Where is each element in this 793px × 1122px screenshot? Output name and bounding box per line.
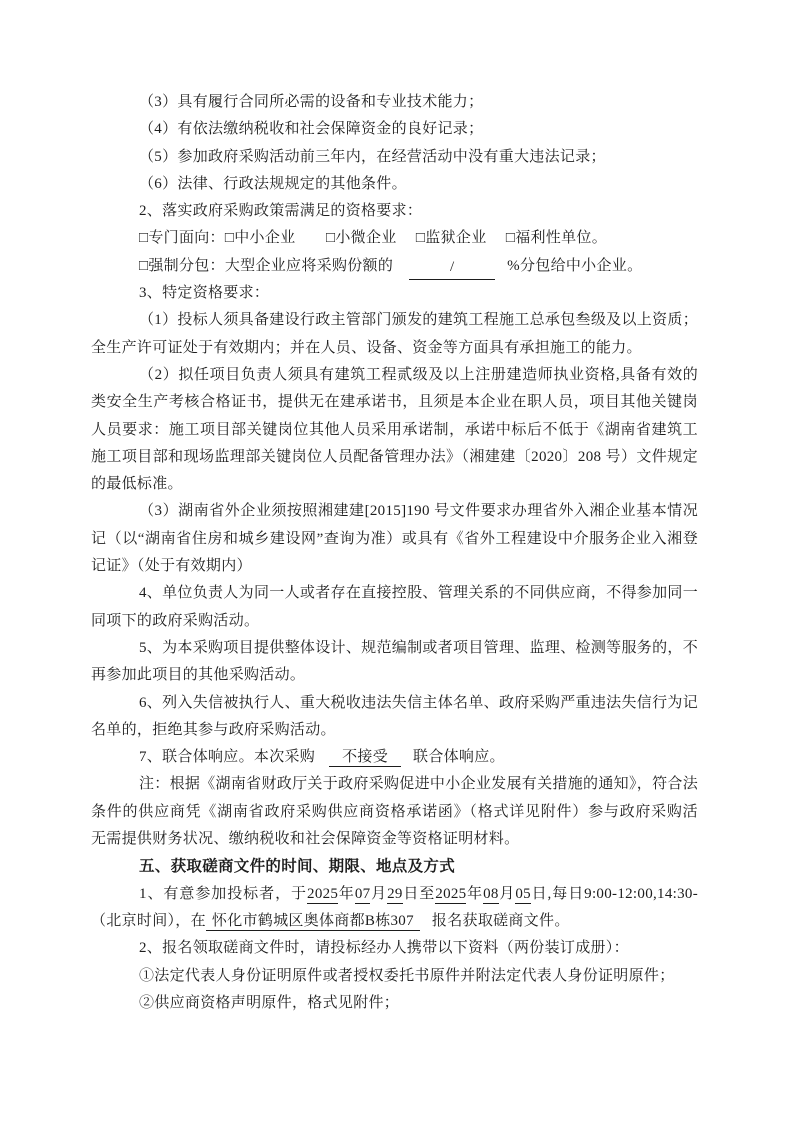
text-line: 5、为本采购项目提供整体设计、规范编制或者项目管理、监理、检测等服务的，不得 xyxy=(91,635,698,662)
document-body: （3）具有履行合同所必需的设备和专业技术能力；（4）有依法缴纳税收和社会保障资金… xyxy=(91,89,698,1017)
underlined-text: 怀化市鹤城区奥体商都B栋307 xyxy=(206,913,420,931)
text-run: （5）参加政府采购活动前三年内，在经营活动中没有重大违法记录； xyxy=(139,149,606,165)
text-line: 6、列入失信被执行人、重大税收违法失信主体名单、政府采购严重违法失信行为记录 xyxy=(91,690,698,717)
text-line: 再参加此项目的其他采购活动。 xyxy=(91,662,698,689)
text-run: □强制分包：大型企业应将采购份额的 xyxy=(139,258,393,274)
text-run: 联合体响应。 xyxy=(413,749,505,765)
text-line: （5）参加政府采购活动前三年内，在经营活动中没有重大违法记录； xyxy=(91,144,698,171)
text-run: （6）法律、行政法规规定的其他条件。 xyxy=(139,176,407,192)
text-line: （4）有依法缴纳税收和社会保障资金的良好记录； xyxy=(91,116,698,143)
text-run: □专门面向：□中小企业 □小微企业 □监狱企业 □福利性单位。 xyxy=(139,230,607,246)
text-run: 7、联合体响应。本次采购 xyxy=(139,749,315,765)
text-run: 1、有意参加投标者，于 xyxy=(139,886,307,902)
text-line: 全生产许可证处于有效期内；并在人员、设备、资金等方面具有承担施工的能力。 xyxy=(91,335,698,362)
text-line: 4、单位负责人为同一人或者存在直接控股、管理关系的不同供应商，不得参加同一合 xyxy=(91,580,698,607)
text-run: 的最低标准。 xyxy=(91,476,183,492)
underlined-text: 08 xyxy=(483,886,499,904)
text-run: 2、落实政府采购政策需满足的资格要求： xyxy=(139,203,422,219)
text-run: （1）投标人须具备建设行政主管部门颁发的建筑工程施工总承包叁级及以上资质；安 xyxy=(139,312,698,334)
text-line: 2、报名领取磋商文件时，请投标经办人携带以下资料（两份装订成册）： xyxy=(91,935,698,962)
text-run: 报名获取磋商文件。 xyxy=(432,913,570,929)
text-run: 无需提供财务状况、缴纳税收和社会保障资金等资格证明材料。 xyxy=(91,831,519,847)
text-line: （1）投标人须具备建设行政主管部门颁发的建筑工程施工总承包叁级及以上资质；安 xyxy=(91,307,698,334)
text-run: 6、列入失信被执行人、重大税收违法失信主体名单、政府采购严重违法失信行为记录 xyxy=(139,695,698,717)
text-run: 月 xyxy=(370,886,387,902)
underlined-text: 2025 xyxy=(307,886,338,904)
underlined-text: 05 xyxy=(515,886,531,904)
text-line: 的最低标准。 xyxy=(91,471,698,498)
text-line: 1、有意参加投标者，于2025年07月29日至2025年08月05日,每日9:0… xyxy=(91,881,698,908)
text-run: 同项下的政府采购活动。 xyxy=(91,613,259,629)
text-run: 全生产许可证处于有效期内；并在人员、设备、资金等方面具有承担施工的能力。 xyxy=(91,340,642,356)
underlined-text: 不接受 xyxy=(329,749,401,767)
underlined-text: 29 xyxy=(387,886,403,904)
text-line: □专门面向：□中小企业 □小微企业 □监狱企业 □福利性单位。 xyxy=(91,225,698,252)
section-heading: 五、获取磋商文件的时间、期限、地点及方式 xyxy=(91,853,698,880)
text-line: （3）湖南省外企业须按照湘建建[2015]190 号文件要求办理省外入湘企业基本… xyxy=(91,498,698,525)
text-run: 年 xyxy=(338,886,355,902)
text-run: %分包给中小企业。 xyxy=(507,258,642,274)
text-run: ①法定代表人身份证明原件或者授权委托书原件并附法定代表人身份证明原件； xyxy=(139,968,675,984)
text-run: 注：根据《湖南省财政厅关于政府采购促进中小企业发展有关措施的通知》，符合法定 xyxy=(139,776,698,798)
text-line: （2）拟任项目负责人须具有建筑工程贰级及以上注册建造师执业资格,具备有效的 B xyxy=(91,362,698,389)
text-run: 记（以“湖南省住房和城乡建设网”查询为准）或具有《省外工程建设中介服务企业入湘登 xyxy=(91,531,698,547)
text-line: （3）具有履行合同所必需的设备和专业技术能力； xyxy=(91,89,698,116)
text-run: 施工项目部和现场监理部关键岗位人员配备管理办法》（湘建建〔2020〕208 号）… xyxy=(91,449,698,465)
text-line: 名单的，拒绝其参与政府采购活动。 xyxy=(91,717,698,744)
text-line: 记证》（处于有效期内） xyxy=(91,553,698,580)
text-run: 类安全生产考核合格证书，提供无在建承诺书，且须是本企业在职人员，项目其他关键岗位 xyxy=(91,394,698,416)
text-run: ②供应商资格声明原件，格式见附件； xyxy=(139,995,399,1011)
text-line: 施工项目部和现场监理部关键岗位人员配备管理办法》（湘建建〔2020〕208 号）… xyxy=(91,444,698,471)
text-line: 条件的供应商凭《湖南省政府采购供应商资格承诺函》（格式详见附件）参与政府采购活动… xyxy=(91,799,698,826)
text-run: 再参加此项目的其他采购活动。 xyxy=(91,667,305,683)
text-run: （北京时间），在 xyxy=(91,913,206,929)
text-run: （3）具有履行合同所必需的设备和专业技术能力； xyxy=(139,94,483,110)
text-line: （北京时间），在怀化市鹤城区奥体商都B栋307报名获取磋商文件。 xyxy=(91,908,698,935)
text-run: （2）拟任项目负责人须具有建筑工程贰级及以上注册建造师执业资格,具备有效的 B xyxy=(139,367,698,389)
document-page: （3）具有履行合同所必需的设备和专业技术能力；（4）有依法缴纳税收和社会保障资金… xyxy=(0,0,793,1122)
text-line: 3、特定资格要求： xyxy=(91,280,698,307)
text-run: 名单的，拒绝其参与政府采购活动。 xyxy=(91,722,336,738)
text-line: 7、联合体响应。本次采购不接受联合体响应。 xyxy=(91,744,698,771)
text-run: 记证》（处于有效期内） xyxy=(91,558,252,574)
text-run: 日至 xyxy=(403,886,436,902)
text-run: 条件的供应商凭《湖南省政府采购供应商资格承诺函》（格式详见附件）参与政府采购活动… xyxy=(91,804,698,826)
text-line: 无需提供财务状况、缴纳税收和社会保障资金等资格证明材料。 xyxy=(91,826,698,853)
text-line: ①法定代表人身份证明原件或者授权委托书原件并附法定代表人身份证明原件； xyxy=(91,963,698,990)
text-line: 2、落实政府采购政策需满足的资格要求： xyxy=(91,198,698,225)
text-run: 人员要求：施工项目部关键岗位其他人员采用承诺制，承诺中标后不低于《湖南省建筑工程 xyxy=(91,422,698,444)
underlined-text: 2025 xyxy=(435,886,466,904)
fill-in-blank: / xyxy=(409,255,495,280)
text-run: 5、为本采购项目提供整体设计、规范编制或者项目管理、监理、检测等服务的，不得 xyxy=(139,640,698,662)
text-line: □强制分包：大型企业应将采购份额的/%分包给中小企业。 xyxy=(91,253,698,280)
text-run: 2、报名领取磋商文件时，请投标经办人携带以下资料（两份装订成册）： xyxy=(139,940,629,956)
text-run: 月 xyxy=(499,886,516,902)
text-line: （6）法律、行政法规规定的其他条件。 xyxy=(91,171,698,198)
text-line: 类安全生产考核合格证书，提供无在建承诺书，且须是本企业在职人员，项目其他关键岗位 xyxy=(91,389,698,416)
text-run: （4）有依法缴纳税收和社会保障资金的良好记录； xyxy=(139,121,483,137)
text-line: ②供应商资格声明原件，格式见附件； xyxy=(91,990,698,1017)
text-line: 注：根据《湖南省财政厅关于政府采购促进中小企业发展有关措施的通知》，符合法定 xyxy=(91,771,698,798)
text-run: 3、特定资格要求： xyxy=(139,285,269,301)
text-line: 人员要求：施工项目部关键岗位其他人员采用承诺制，承诺中标后不低于《湖南省建筑工程 xyxy=(91,417,698,444)
text-line: 同项下的政府采购活动。 xyxy=(91,608,698,635)
text-run: 年 xyxy=(466,886,483,902)
text-run: （3）湖南省外企业须按照湘建建[2015]190 号文件要求办理省外入湘企业基本… xyxy=(139,503,698,525)
text-run: 五、获取磋商文件的时间、期限、地点及方式 xyxy=(139,858,455,875)
text-line: 记（以“湖南省住房和城乡建设网”查询为准）或具有《省外工程建设中介服务企业入湘登 xyxy=(91,526,698,553)
underlined-text: 07 xyxy=(355,886,371,904)
text-run: 4、单位负责人为同一人或者存在直接控股、管理关系的不同供应商，不得参加同一合 xyxy=(139,585,698,607)
